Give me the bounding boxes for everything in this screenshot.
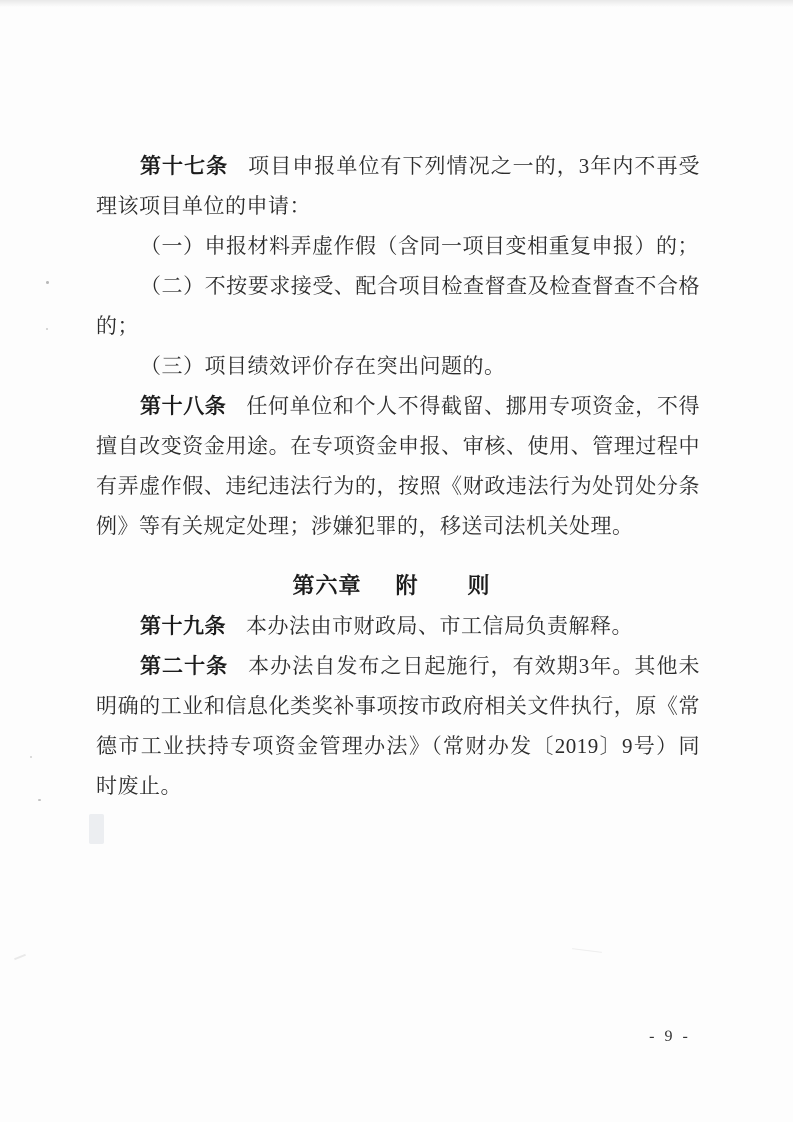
body-line: （二）不按要求接受、配合项目检查督查及检查督查不合格 xyxy=(96,266,700,306)
chapter-heading: 第六章附 则 xyxy=(96,546,700,606)
body-line: 例》等有关规定处理；涉嫌犯罪的，移送司法机关处理。 xyxy=(96,506,700,546)
line-text: 本办法由市财政局、市工信局负责解释。 xyxy=(246,614,633,638)
document-page: 第十七条项目申报单位有下列情况之一的，3年内不再受 理该项目单位的申请： （一）… xyxy=(0,0,793,1122)
line-text: 项目申报单位有下列情况之一的，3年内不再受 xyxy=(248,154,700,178)
body-line: 第十九条本办法由市财政局、市工信局负责解释。 xyxy=(96,606,700,646)
body-line: 明确的工业和信息化类奖补事项按市政府相关文件执行，原《常 xyxy=(96,686,700,726)
scan-speck xyxy=(46,281,49,284)
body-line: 第十八条任何单位和个人不得截留、挪用专项资金，不得 xyxy=(96,386,700,426)
scan-edge-shadow xyxy=(0,0,793,7)
article-number: 第二十条 xyxy=(140,654,228,678)
line-text: （二）不按要求接受、配合项目检查督查及检查督查不合格 xyxy=(140,274,700,298)
body-line: （一）申报材料弄虚作假（含同一项目变相重复申报）的； xyxy=(96,226,700,266)
scan-scratch xyxy=(14,954,26,960)
line-text: 本办法自发布之日起施行，有效期3年。其他未 xyxy=(248,654,700,678)
scan-smudge xyxy=(89,814,104,844)
line-text: 例》等有关规定处理；涉嫌犯罪的，移送司法机关处理。 xyxy=(96,514,634,538)
line-text: 有弄虚作假、违纪违法行为的，按照《财政违法行为处罚处分条 xyxy=(96,474,700,498)
scan-speck xyxy=(38,799,41,801)
body-line: 第十七条项目申报单位有下列情况之一的，3年内不再受 xyxy=(96,146,700,186)
scan-speck xyxy=(46,328,48,330)
scan-scratch xyxy=(572,948,602,953)
line-text: 任何单位和个人不得截留、挪用专项资金，不得 xyxy=(246,394,700,418)
body-line: 擅自改变资金用途。在专项资金申报、审核、使用、管理过程中 xyxy=(96,426,700,466)
body-line: 德市工业扶持专项资金管理办法》（常财办发〔2019〕9号）同 xyxy=(96,726,700,766)
article-number: 第十九条 xyxy=(140,614,226,638)
body-line: 的； xyxy=(96,306,700,346)
body-line: （三）项目绩效评价存在突出问题的。 xyxy=(96,346,700,386)
line-text: 理该项目单位的申请： xyxy=(96,194,311,218)
line-text: 擅自改变资金用途。在专项资金申报、审核、使用、管理过程中 xyxy=(96,434,700,458)
chapter-title: 附 则 xyxy=(396,573,504,598)
article-number: 第十七条 xyxy=(140,154,228,178)
line-text: 的； xyxy=(96,314,139,338)
chapter-number: 第六章 xyxy=(292,573,361,598)
body-line: 理该项目单位的申请： xyxy=(96,186,700,226)
line-text: 时废止。 xyxy=(96,774,182,798)
line-text: （一）申报材料弄虚作假（含同一项目变相重复申报）的； xyxy=(140,234,699,258)
line-text: （三）项目绩效评价存在突出问题的。 xyxy=(140,354,506,378)
body-line: 有弄虚作假、违纪违法行为的，按照《财政违法行为处罚处分条 xyxy=(96,466,700,506)
line-text: 明确的工业和信息化类奖补事项按市政府相关文件执行，原《常 xyxy=(96,694,700,718)
page-number: - 9 - xyxy=(638,1028,702,1046)
body-line: 第二十条本办法自发布之日起施行，有效期3年。其他未 xyxy=(96,646,700,686)
document-body: 第十七条项目申报单位有下列情况之一的，3年内不再受 理该项目单位的申请： （一）… xyxy=(96,146,700,806)
scan-speck xyxy=(30,756,32,758)
line-text: 德市工业扶持专项资金管理办法》（常财办发〔2019〕9号）同 xyxy=(96,734,700,758)
article-number: 第十八条 xyxy=(140,394,226,418)
body-line: 时废止。 xyxy=(96,766,700,806)
